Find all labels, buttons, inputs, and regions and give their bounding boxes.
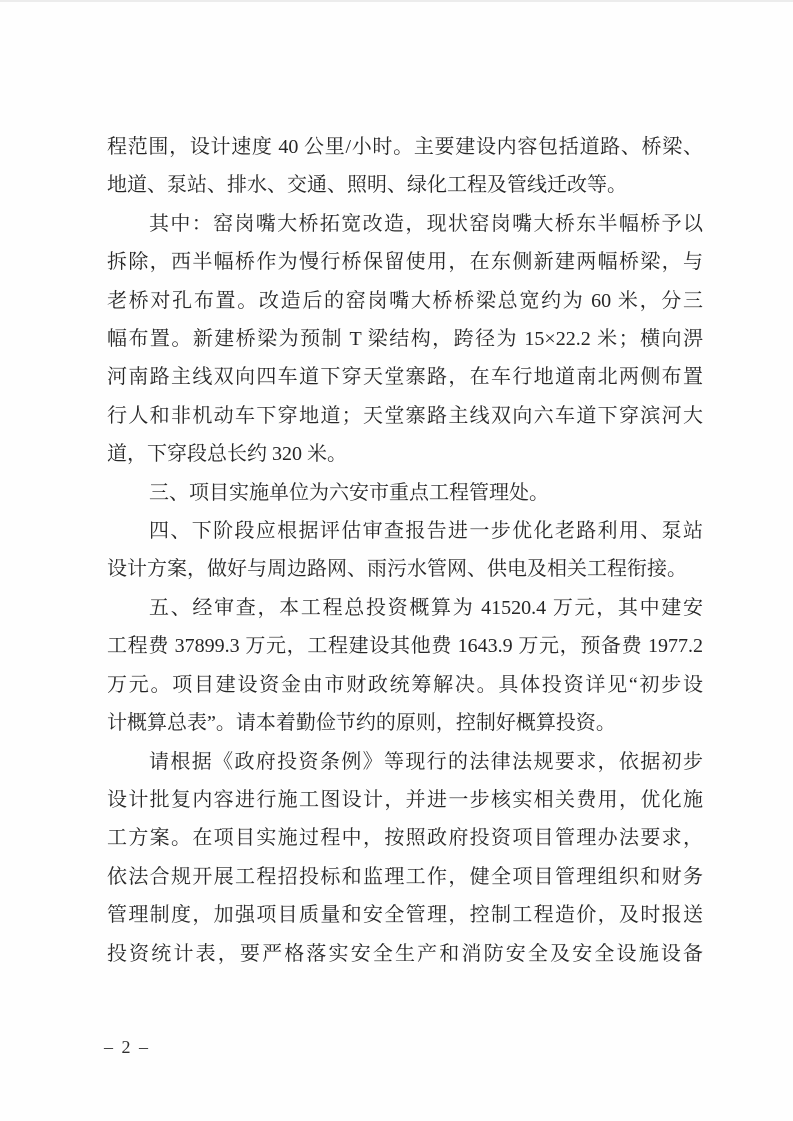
text-line: 管理制度，加强项目质量和安全管理，控制工程造价，及时报送 bbox=[107, 896, 703, 934]
text-line: 设计方案，做好与周边路网、雨污水管网、供电及相关工程衔接。 bbox=[107, 550, 703, 588]
text-line: 万元。项目建设资金由市财政统筹解决。具体投资详见“初步设 bbox=[107, 666, 703, 704]
text-line: 工方案。在项目实施过程中，按照政府投资项目管理办法要求， bbox=[107, 819, 703, 857]
text-line: 工程费 37899.3 万元，工程建设其他费 1643.9 万元，预备费 197… bbox=[107, 627, 703, 665]
text-line: 四、下阶段应根据评估审查报告进一步优化老路利用、泵站 bbox=[107, 512, 703, 550]
paragraph: 三、项目实施单位为六安市重点工程管理处。 bbox=[107, 474, 703, 512]
text-line: 地道、泵站、排水、交通、照明、绿化工程及管线迁改等。 bbox=[107, 166, 703, 204]
text-line: 三、项目实施单位为六安市重点工程管理处。 bbox=[107, 474, 703, 512]
text-line: 请根据《政府投资条例》等现行的法律法规要求，依据初步 bbox=[107, 743, 703, 781]
text-line: 程范围，设计速度 40 公里/小时。主要建设内容包括道路、桥梁、 bbox=[107, 128, 703, 166]
document-body: 程范围，设计速度 40 公里/小时。主要建设内容包括道路、桥梁、地道、泵站、排水… bbox=[107, 128, 703, 973]
text-line: 计概算总表”。请本着勤俭节约的原则，控制好概算投资。 bbox=[107, 704, 703, 742]
paragraph: 五、经审查，本工程总投资概算为 41520.4 万元，其中建安工程费 37899… bbox=[107, 589, 703, 743]
text-line: 幅布置。新建桥梁为预制 T 梁结构，跨径为 15×22.2 米；横向淠 bbox=[107, 320, 703, 358]
text-line: 设计批复内容进行施工图设计，并进一步核实相关费用，优化施 bbox=[107, 781, 703, 819]
paragraph: 请根据《政府投资条例》等现行的法律法规要求，依据初步设计批复内容进行施工图设计，… bbox=[107, 743, 703, 973]
text-line: 拆除，西半幅桥作为慢行桥保留使用，在东侧新建两幅桥梁，与 bbox=[107, 243, 703, 281]
text-line: 老桥对孔布置。改造后的窑岗嘴大桥桥梁总宽约为 60 米，分三 bbox=[107, 282, 703, 320]
paragraph: 四、下阶段应根据评估审查报告进一步优化老路利用、泵站设计方案，做好与周边路网、雨… bbox=[107, 512, 703, 589]
text-line: 其中：窑岗嘴大桥拓宽改造，现状窑岗嘴大桥东半幅桥予以 bbox=[107, 205, 703, 243]
scanned-document-page: { "document": { "paragraphs": [ { "inden… bbox=[0, 0, 793, 1121]
text-line: 行人和非机动车下穿地道；天堂寨路主线双向六车道下穿滨河大 bbox=[107, 397, 703, 435]
text-line: 道，下穿段总长约 320 米。 bbox=[107, 435, 703, 473]
text-line: 依法合规开展工程招投标和监理工作，健全项目管理组织和财务 bbox=[107, 858, 703, 896]
text-line: 河南路主线双向四车道下穿天堂寨路，在车行地道南北两侧布置 bbox=[107, 358, 703, 396]
page-number: – 2 – bbox=[104, 1036, 150, 1058]
paragraph: 其中：窑岗嘴大桥拓宽改造，现状窑岗嘴大桥东半幅桥予以拆除，西半幅桥作为慢行桥保留… bbox=[107, 205, 703, 474]
text-line: 投资统计表，要严格落实安全生产和消防安全及安全设施设备 bbox=[107, 935, 703, 973]
paragraph: 程范围，设计速度 40 公里/小时。主要建设内容包括道路、桥梁、地道、泵站、排水… bbox=[107, 128, 703, 205]
text-line: 五、经审查，本工程总投资概算为 41520.4 万元，其中建安 bbox=[107, 589, 703, 627]
scan-top-edge bbox=[0, 0, 793, 2]
